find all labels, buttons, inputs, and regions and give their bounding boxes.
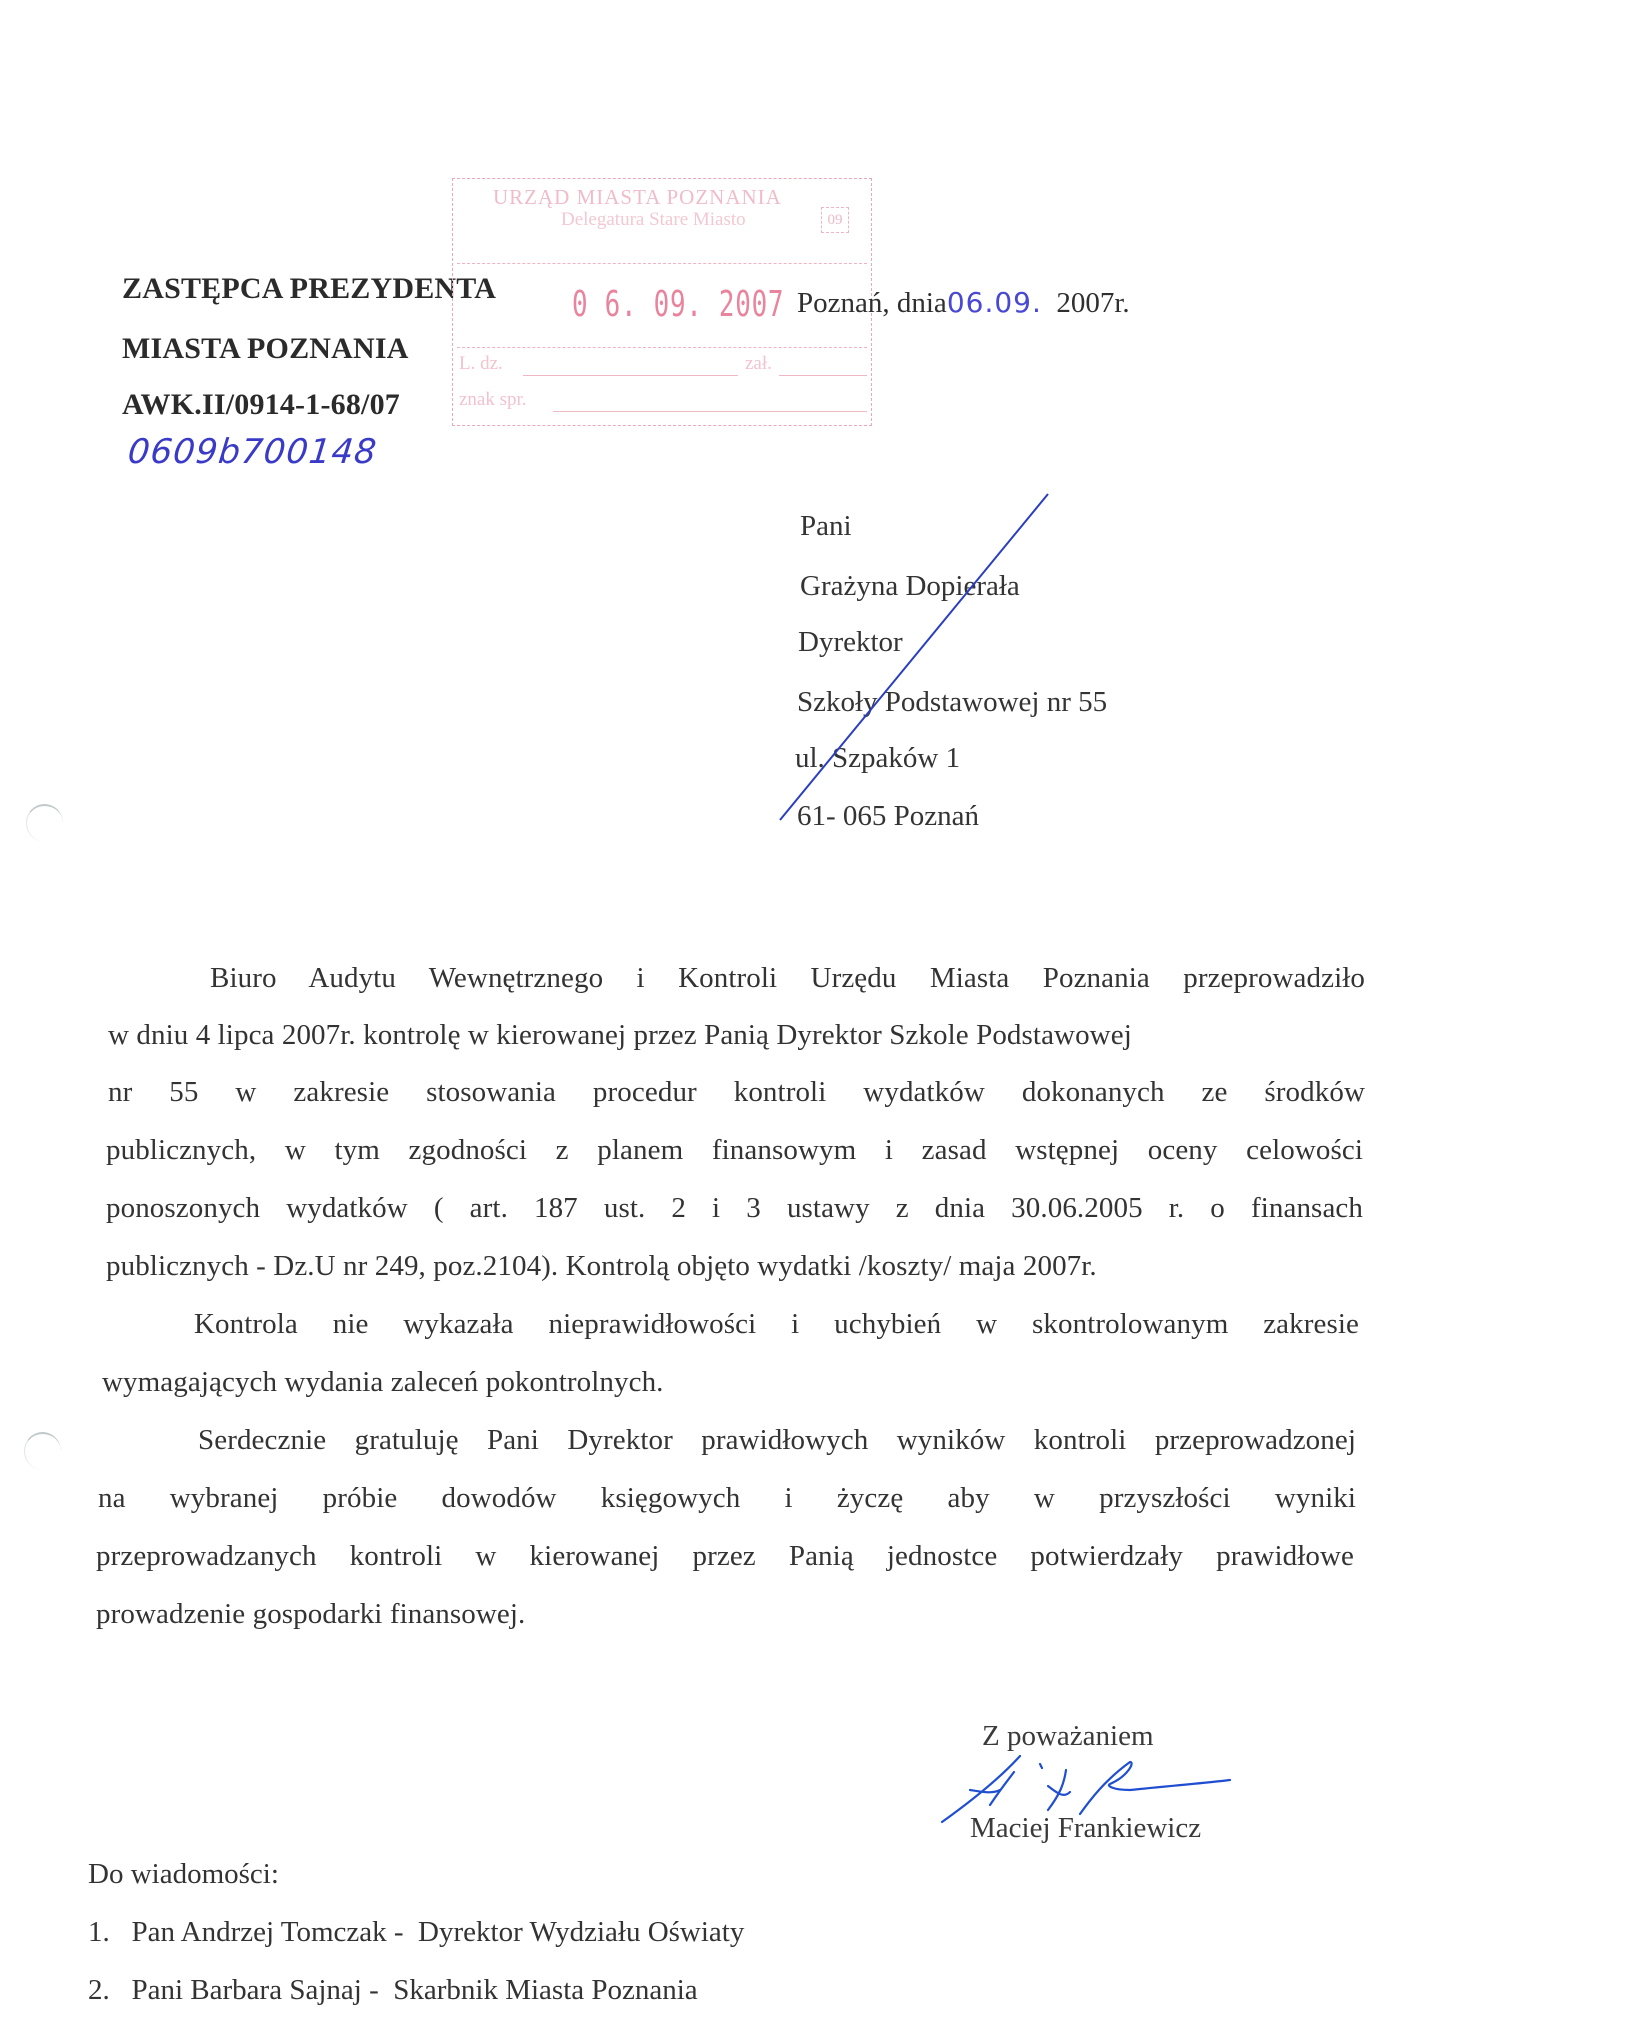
distribution-item-name: Pani Barbara Sajnaj - (132, 1974, 379, 2006)
stamp-field-line (779, 375, 867, 376)
stamp-divider (457, 263, 867, 264)
stamp-division: Delegatura Stare Miasto (561, 209, 746, 231)
stamp-box-number: 09 (821, 207, 849, 233)
body-p2-line2: wymagających wydania zaleceń pokontrolny… (102, 1366, 664, 1399)
sender-title-line2: MIASTA POZNANIA (122, 332, 409, 366)
dateline-year: 2007r. (1056, 287, 1129, 319)
distribution-item-number: 2. (88, 1974, 110, 2006)
body-p3-line1: Serdecznie gratuluję Pani Dyrektor prawi… (198, 1424, 1356, 1457)
distribution-item: 2. Pani Barbara Sajnaj - Skarbnik Miasta… (88, 1974, 698, 2007)
distribution-heading: Do wiadomości: (88, 1858, 279, 1891)
stamp-label-znak: znak spr. (459, 389, 527, 411)
handwritten-date: 06.09. (947, 286, 1042, 319)
stamp-label-zal: zał. (745, 353, 772, 375)
pen-strike-line (770, 490, 1070, 830)
reference-number: AWK.II/0914-1-68/07 (122, 388, 400, 422)
dateline-place: Poznań, dnia (797, 287, 947, 319)
handwritten-registry-number: 0609b700148 (126, 432, 379, 472)
received-date-stamp: 0 6. 09. 2007 (572, 284, 784, 325)
body-p1-line1: Biuro Audytu Wewnętrznego i Kontroli Urz… (210, 962, 1365, 995)
signatory-name: Maciej Frankiewicz (970, 1812, 1201, 1845)
body-p1-line2: w dniu 4 lipca 2007r. kontrolę w kierowa… (108, 1019, 1132, 1052)
body-p2-line1: Kontrola nie wykazała nieprawidłowości i… (194, 1308, 1359, 1341)
stamp-field-line (553, 411, 867, 412)
punch-hole-mark (26, 804, 63, 842)
distribution-item-role: Skarbnik Miasta Poznania (393, 1974, 697, 2006)
body-p1-line3: nr 55 w zakresie stosowania procedur kon… (108, 1076, 1365, 1109)
body-p1-line4: publicznych, w tym zgodności z planem fi… (106, 1134, 1363, 1167)
stamp-divider (457, 347, 867, 348)
distribution-item-name: Pan Andrzej Tomczak - (132, 1916, 404, 1948)
distribution-item-number: 1. (88, 1916, 110, 1948)
sender-title-line1: ZASTĘPCA PREZYDENTA (122, 272, 496, 306)
distribution-item-role: Dyrektor Wydziału Oświaty (418, 1916, 744, 1948)
dateline: Poznań, dnia06.09. 2007r. (797, 286, 1130, 320)
distribution-item: 1. Pan Andrzej Tomczak - Dyrektor Wydzia… (88, 1916, 744, 1949)
stamp-office: URZĄD MIASTA POZNANIA (493, 185, 782, 210)
punch-hole-mark (24, 1432, 61, 1470)
closing-salutation: Z poważaniem (982, 1720, 1154, 1753)
body-p3-line4: prowadzenie gospodarki finansowej. (96, 1598, 525, 1631)
body-p1-line5: ponoszonych wydatków ( art. 187 ust. 2 i… (106, 1192, 1363, 1225)
body-p3-line2: na wybranej próbie dowodów księgowych i … (98, 1482, 1356, 1515)
stamp-label-ldz: L. dz. (459, 353, 503, 375)
stamp-field-line (523, 375, 738, 376)
body-p1-line6: publicznych - Dz.U nr 249, poz.2104). Ko… (106, 1250, 1097, 1283)
body-p3-line3: przeprowadzanych kontroli w kierowanej p… (96, 1540, 1354, 1573)
